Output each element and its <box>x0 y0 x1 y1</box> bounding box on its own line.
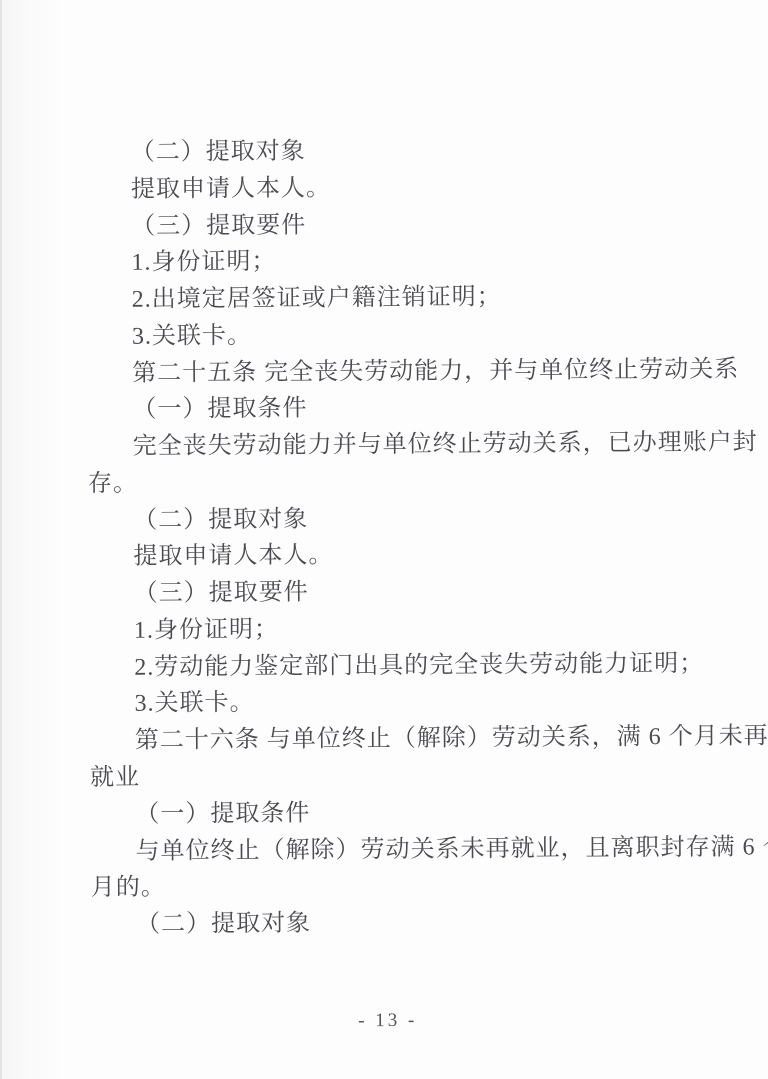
document-lines: （二）提取对象提取申请人本人。（三）提取要件1.身份证明；2.出境定居签证或户籍… <box>86 131 706 944</box>
page-number: - 13 - <box>4 1007 768 1034</box>
text-line: 第二十五条 完全丧失劳动能力，并与单位终止劳动关系 <box>87 351 701 392</box>
text-line: 与单位终止（解除）劳动关系未再就业，且离职封存满 6 个 <box>90 829 704 870</box>
text-line: 1.身份证明； <box>86 241 700 282</box>
text-line: 2.劳动能力鉴定部门出具的完全丧失劳动能力证明； <box>89 645 703 686</box>
text-line: 提取申请人本人。 <box>86 168 700 209</box>
text-line: （二）提取对象 <box>88 498 702 539</box>
scanned-document-page: （二）提取对象提取申请人本人。（三）提取要件1.身份证明；2.出境定居签证或户籍… <box>0 0 768 1079</box>
text-line: （三）提取要件 <box>89 572 703 613</box>
text-line: （三）提取要件 <box>86 204 700 245</box>
text-line: 1.身份证明； <box>89 609 703 650</box>
text-line: 2.出境定居签证或户籍注销证明； <box>87 278 701 319</box>
text-line: 3.关联卡。 <box>89 682 703 723</box>
text-line: 就业 <box>90 756 704 797</box>
text-line: 存。 <box>88 462 702 503</box>
text-line: 3.关联卡。 <box>87 315 701 356</box>
text-line: （二）提取对象 <box>91 903 705 944</box>
text-line: （二）提取对象 <box>86 131 700 172</box>
text-line: 完全丧失劳动能力并与单位终止劳动关系，已办理账户封 <box>88 425 702 466</box>
text-line: 月的。 <box>91 866 705 907</box>
text-line: （一）提取条件 <box>90 793 704 834</box>
text-line: 提取申请人本人。 <box>88 535 702 576</box>
text-line: （一）提取条件 <box>87 388 701 429</box>
text-line: 第二十六条 与单位终止（解除）劳动关系，满 6 个月未再 <box>90 719 704 760</box>
